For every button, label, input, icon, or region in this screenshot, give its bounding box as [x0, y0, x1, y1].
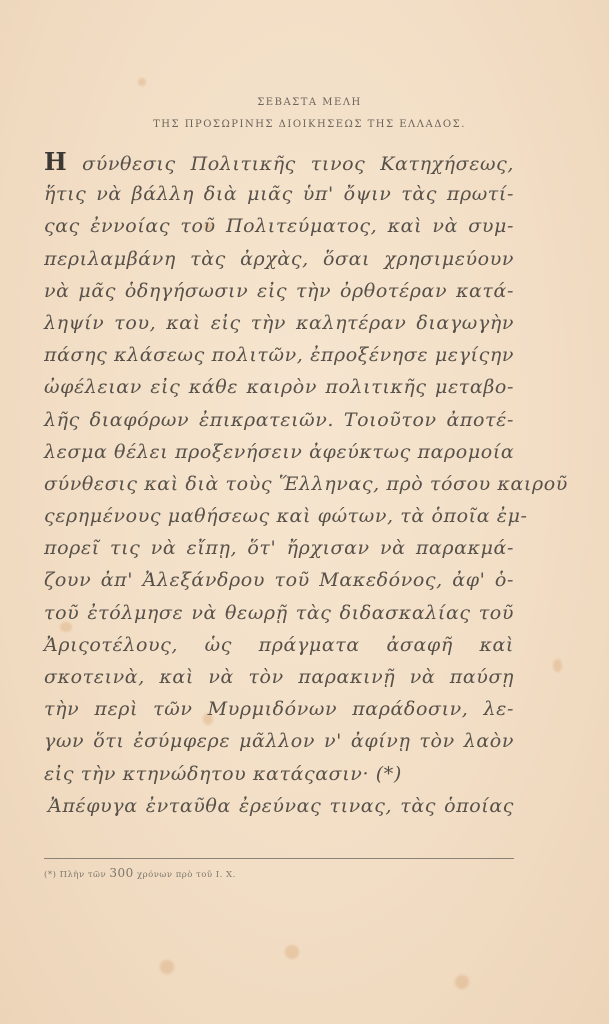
text-line: σύνθεσις καὶ διὰ τοὺς Ἕλληνας, πρὸ τόσου…: [44, 468, 514, 500]
body-paragraph: Η σύνθεσις Πολιτικῆς τινος Κατηχήσεως, ἥ…: [44, 146, 514, 822]
text-line: ἥτις νὰ βάλλη διὰ μιᾶς ὑπ' ὄψιν τὰς πρωτ…: [44, 178, 514, 210]
running-header-subtitle: ΤΗΣ ΠΡΟΣΩΡΙΝΗΣ ΔΙΟΙΚΗΣΕΩΣ ΤΗΣ ΕΛΛΑΔΟΣ.: [0, 119, 609, 130]
text-line: Ἀριςοτέλους, ὡς πράγματα ἀσαφῆ καὶ: [44, 629, 514, 661]
text-line: ὠφέλειαν εἰς κάθε καιρὸν πολιτικῆς μεταβ…: [44, 371, 514, 403]
text-line: Η σύνθεσις Πολιτικῆς τινος Κατηχήσεως,: [44, 146, 514, 178]
text-line: ζουν ἀπ' Ἀλεξάνδρου τοῦ Μακεδόνος, ἀφ' ὁ…: [44, 564, 514, 596]
foxing-stain: [285, 945, 299, 959]
text-line: Ἀπέφυγα ἐνταῦθα ἐρεύνας τινας, τὰς ὁποία…: [44, 790, 514, 822]
text-line: νὰ μᾶς ὁδηγήσωσιν εἰς τὴν ὀρθοτέραν κατά…: [44, 275, 514, 307]
footnote-text: Πλὴν τῶν: [56, 870, 109, 880]
text-line: τὴν περὶ τῶν Μυρμιδόνων παράδοσιν, λε-: [44, 693, 514, 725]
text-line: λεσμα θέλει προξενήσειν ἀφεύκτως παρομοί…: [44, 436, 514, 468]
text-line: πορεῖ τις νὰ εἴπῃ, ὅτ' ἤρχισαν νὰ παρακμ…: [44, 532, 514, 564]
text-line: λῆς διαφόρων ἐπικρατειῶν. Τοιοῦτον ἀποτέ…: [44, 404, 514, 436]
text-line: ληψίν του, καὶ εἰς τὴν καλητέραν διαγωγὴ…: [44, 307, 514, 339]
foxing-stain: [160, 960, 174, 974]
footnote-divider: [44, 858, 514, 859]
foxing-stain: [138, 78, 146, 86]
text-line-content: σύνθεσις Πολιτικῆς τινος Κατηχήσεως,: [67, 153, 514, 175]
text-line: ςας ἐννοίας τοῦ Πολιτεύματος, καὶ νὰ συμ…: [44, 210, 514, 242]
footnote-marker: (*): [44, 870, 56, 880]
text-line: πάσης κλάσεως πολιτῶν, ἐπροξένησε μεγίςη…: [44, 339, 514, 371]
text-line: εἰς τὴν κτηνώδητου κατάςασιν· (*): [44, 758, 514, 790]
footnote-text: χρόνων πρὸ τοῦ Ι. Χ.: [134, 870, 236, 880]
text-line: τοῦ ἐτόλμησε νὰ θεωρῇ τὰς διδασκαλίας το…: [44, 597, 514, 629]
scanned-page: ΣΕΒΑΣΤΑ ΜΕΛΗ ΤΗΣ ΠΡΟΣΩΡΙΝΗΣ ΔΙΟΙΚΗΣΕΩΣ Τ…: [0, 0, 609, 1024]
text-line: ςερημένους μαθήσεως καὶ φώτων, τὰ ὁποῖα …: [44, 500, 514, 532]
text-line: περιλαμβάνη τὰς ἀρχὰς, ὅσαι χρησιμεύουν: [44, 243, 514, 275]
footnote: (*) Πλὴν τῶν 300 χρόνων πρὸ τοῦ Ι. Χ.: [44, 866, 236, 880]
foxing-stain: [455, 975, 469, 989]
footnote-number: 300: [109, 866, 133, 880]
text-line: σκοτεινὰ, καὶ νὰ τὸν παρακινῇ νὰ παύσῃ: [44, 661, 514, 693]
running-header-title: ΣΕΒΑΣΤΑ ΜΕΛΗ: [0, 97, 609, 108]
drop-cap: Η: [44, 147, 67, 176]
text-line: γων ὅτι ἐσύμφερε μᾶλλον ν' ἀφίνῃ τὸν λαὸ…: [44, 725, 514, 757]
foxing-stain: [553, 659, 562, 672]
